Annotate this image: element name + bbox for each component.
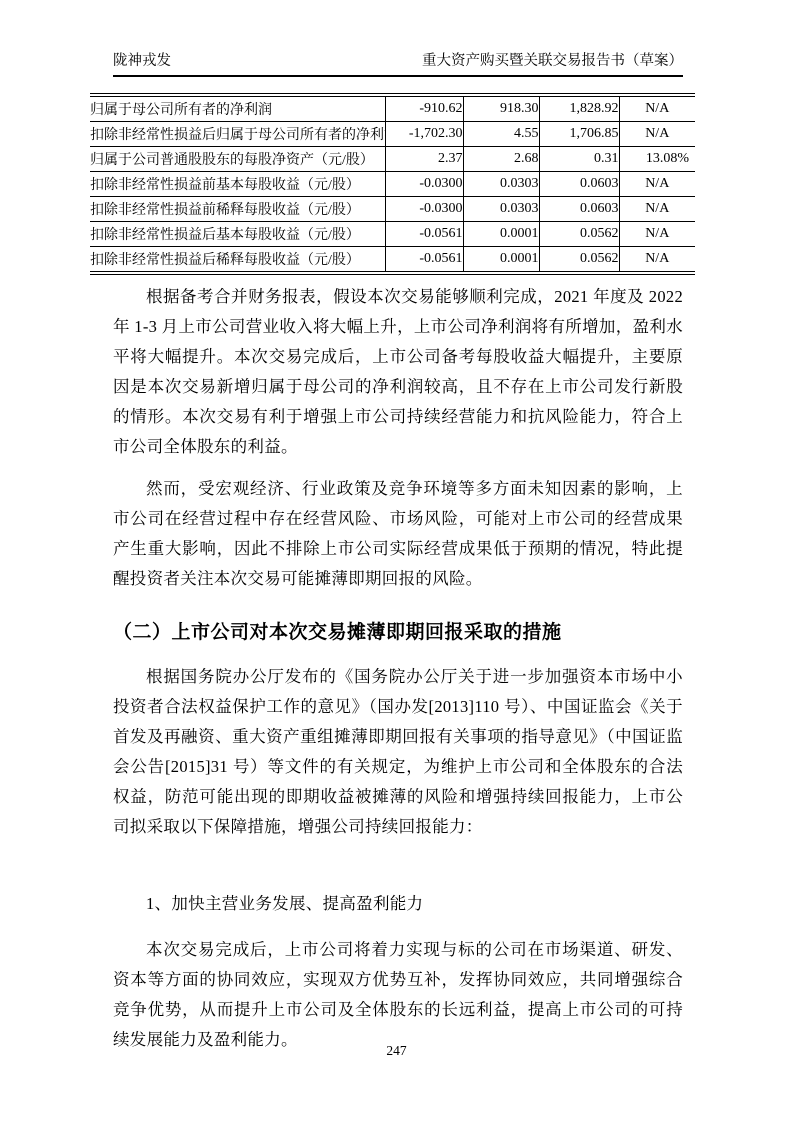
table-cell-value-2: 0.0303 — [463, 172, 539, 197]
header-company-name: 陇神戎发 — [113, 52, 171, 70]
table-cell-change: N/A — [619, 222, 695, 247]
table-cell-value-3: 1,706.85 — [539, 122, 619, 147]
table-cell-change: N/A — [619, 197, 695, 222]
table-cell-change: N/A — [619, 122, 695, 147]
table-cell-metric: 归属于公司普通股股东的每股净资产（元/股） — [90, 147, 385, 172]
table-cell-metric: 扣除非经常性损益后基本每股收益（元/股） — [90, 222, 385, 247]
table-cell-value-1: 2.37 — [385, 147, 463, 172]
section-heading-2: （二）上市公司对本次交易摊薄即期回报采取的措施 — [113, 618, 683, 648]
table-cell-value-2: 918.30 — [463, 95, 539, 122]
table-cell-value-2: 0.0303 — [463, 197, 539, 222]
table-cell-change: N/A — [619, 172, 695, 197]
table-cell-metric: 扣除非经常性损益后归属于母公司所有者的净利润 — [90, 122, 385, 147]
table-row: 扣除非经常性损益后基本每股收益（元/股） -0.0561 0.0001 0.05… — [90, 222, 695, 247]
table-cell-value-2: 2.68 — [463, 147, 539, 172]
table-cell-metric: 扣除非经常性损益前稀释每股收益（元/股） — [90, 197, 385, 222]
table-cell-value-1: -910.62 — [385, 95, 463, 122]
table-row: 归属于公司普通股股东的每股净资产（元/股） 2.37 2.68 0.31 13.… — [90, 147, 695, 172]
page-number: 247 — [386, 1043, 406, 1058]
financial-table-body: 归属于母公司所有者的净利润 -910.62 918.30 1,828.92 N/… — [90, 95, 695, 273]
financial-table: 归属于母公司所有者的净利润 -910.62 918.30 1,828.92 N/… — [90, 93, 695, 275]
table-cell-change: N/A — [619, 247, 695, 274]
table-cell-value-3: 0.31 — [539, 147, 619, 172]
table-cell-metric: 归属于母公司所有者的净利润 — [90, 95, 385, 122]
table-cell-value-1: -1,702.30 — [385, 122, 463, 147]
table-cell-value-3: 0.0562 — [539, 247, 619, 274]
table-cell-change: 13.08% — [619, 147, 695, 172]
table-row: 扣除非经常性损益前基本每股收益（元/股） -0.0300 0.0303 0.06… — [90, 172, 695, 197]
table-cell-change: N/A — [619, 95, 695, 122]
table-cell-value-3: 0.0603 — [539, 172, 619, 197]
table-cell-value-2: 0.0001 — [463, 222, 539, 247]
page-header: 陇神戎发 重大资产购买暨关联交易报告书（草案） — [113, 52, 683, 77]
table-cell-value-3: 0.0562 — [539, 222, 619, 247]
table-cell-value-3: 0.0603 — [539, 197, 619, 222]
paragraph-proforma-analysis: 根据备考合并财务报表，假设本次交易能够顺利完成，2021 年度及 2022 年 … — [113, 282, 683, 462]
page-footer: 247 — [0, 1043, 793, 1059]
body-text-block: 根据备考合并财务报表，假设本次交易能够顺利完成，2021 年度及 2022 年 … — [113, 282, 683, 1055]
table-row: 扣除非经常性损益后归属于母公司所有者的净利润 -1,702.30 4.55 1,… — [90, 122, 695, 147]
table-row: 扣除非经常性损益后稀释每股收益（元/股） -0.0561 0.0001 0.05… — [90, 247, 695, 274]
table-cell-value-2: 0.0001 — [463, 247, 539, 274]
table-row: 归属于母公司所有者的净利润 -910.62 918.30 1,828.92 N/… — [90, 95, 695, 122]
header-doc-title: 重大资产购买暨关联交易报告书（草案） — [422, 52, 683, 70]
financial-table-wrap: 归属于母公司所有者的净利润 -910.62 918.30 1,828.92 N/… — [90, 93, 695, 275]
table-cell-value-1: -0.0300 — [385, 172, 463, 197]
table-cell-metric: 扣除非经常性损益后稀释每股收益（元/股） — [90, 247, 385, 274]
table-cell-value-3: 1,828.92 — [539, 95, 619, 122]
paragraph-synergy: 本次交易完成后，上市公司将着力实现与标的公司在市场渠道、研发、资本等方面的协同效… — [113, 935, 683, 1055]
table-cell-value-1: -0.0300 — [385, 197, 463, 222]
document-page: 陇神戎发 重大资产购买暨关联交易报告书（草案） 归属于母公司所有者的净利润 -9… — [0, 0, 793, 1122]
table-cell-value-1: -0.0561 — [385, 247, 463, 274]
table-row: 扣除非经常性损益前稀释每股收益（元/股） -0.0300 0.0303 0.06… — [90, 197, 695, 222]
table-cell-metric: 扣除非经常性损益前基本每股收益（元/股） — [90, 172, 385, 197]
table-cell-value-1: -0.0561 — [385, 222, 463, 247]
paragraph-regulation-basis: 根据国务院办公厅发布的《国务院办公厅关于进一步加强资本市场中小投资者合法权益保护… — [113, 662, 683, 842]
table-cell-value-2: 4.55 — [463, 122, 539, 147]
list-item-measure-1: 1、加快主营业务发展、提高盈利能力 — [113, 889, 683, 919]
paragraph-risk-reminder: 然而，受宏观经济、行业政策及竞争环境等多方面未知因素的影响，上市公司在经营过程中… — [113, 474, 683, 594]
